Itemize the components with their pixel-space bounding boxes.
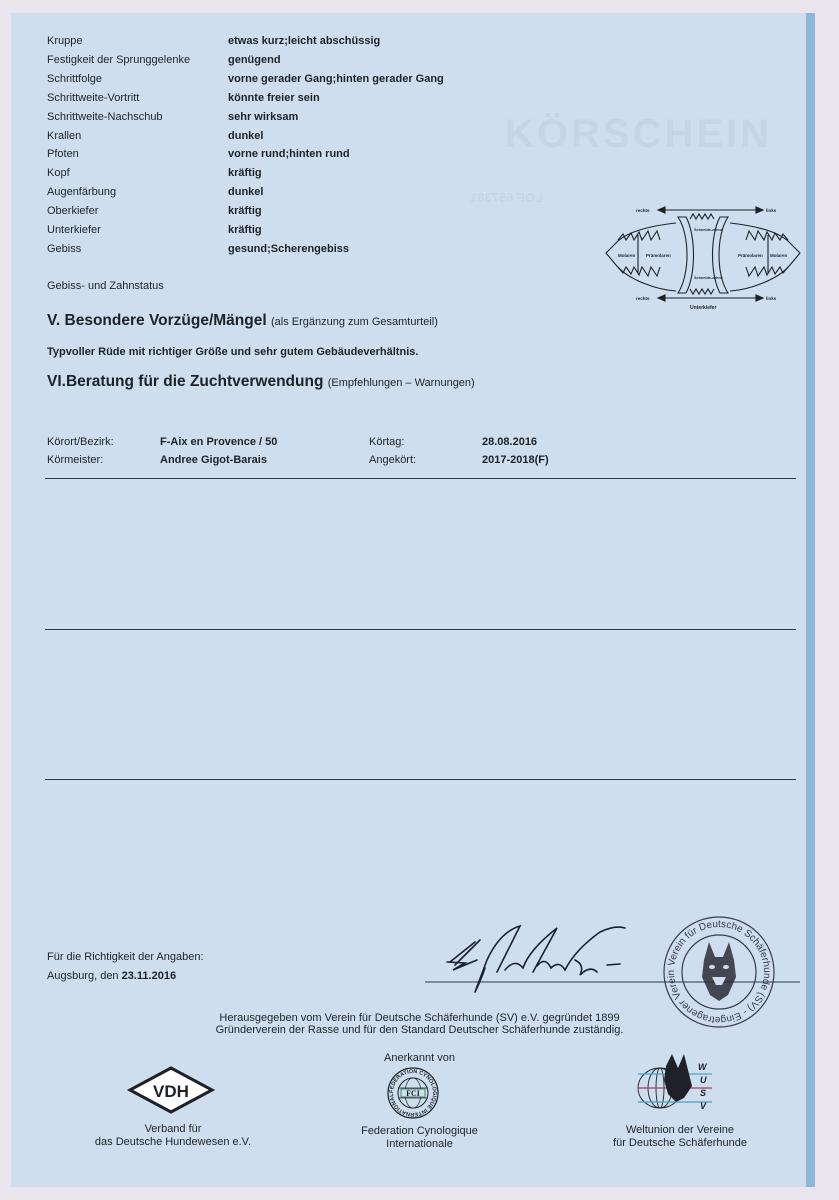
attribute-label: Oberkiefer — [47, 205, 98, 217]
attribute-label: Kopf — [47, 167, 70, 179]
svg-text:links: links — [766, 296, 777, 301]
date-label: Körtag: — [369, 436, 404, 448]
valid-value: 2017-2018(F) — [482, 454, 549, 466]
svg-text:Prämolaren: Prämolaren — [738, 253, 763, 258]
attribute-value: dunkel — [228, 130, 263, 142]
attribute-label: Gebiss — [47, 243, 81, 255]
section-5-heading: V. Besondere Vorzüge/Mängel (als Ergänzu… — [47, 312, 438, 330]
certification-line: Für die Richtigkeit der Angaben: — [47, 951, 204, 963]
location-label: Körort/Bezirk: — [47, 436, 114, 448]
master-label: Körmeister: — [47, 454, 103, 466]
svg-text:rechts: rechts — [636, 296, 650, 301]
attribute-label: Kruppe — [47, 35, 82, 47]
master-value: Andree Gigot-Barais — [160, 454, 267, 466]
location-value: F-Aix en Provence / 50 — [160, 436, 277, 448]
side-stripe — [806, 13, 815, 1187]
fci-logo: FEDERATION CYNOLOGIQUE INTERNATIONALE FC… — [387, 1067, 439, 1119]
dental-status-label: Gebiss- und Zahnstatus — [47, 280, 164, 292]
svg-text:U: U — [700, 1075, 707, 1085]
attribute-label: Pfoten — [47, 148, 79, 160]
attribute-value: vorne rund;hinten rund — [228, 148, 350, 160]
section-5-text: Typvoller Rüde mit richtiger Größe und s… — [47, 346, 418, 358]
date-value: 28.08.2016 — [482, 436, 537, 448]
section-6-heading: VI.Beratung für die Zuchtverwendung (Emp… — [47, 373, 475, 391]
attribute-value: sehr wirksam — [228, 111, 298, 123]
svg-text:Unterkiefer: Unterkiefer — [690, 305, 716, 311]
publisher-line-2: Gründerverein der Rasse und für den Stan… — [0, 1024, 839, 1037]
svg-text:rechts: rechts — [636, 208, 650, 213]
attribute-label: Augenfärbung — [47, 186, 116, 198]
attribute-value: könnte freier sein — [228, 92, 320, 104]
watermark-title: KÖRSCHEIN — [505, 112, 772, 157]
certification-place-date: Augsburg, den 23.11.2016 — [47, 970, 176, 982]
wusv-logo: WUSV — [630, 1052, 720, 1114]
watermark-id: LOF 657381 — [470, 190, 543, 205]
svg-text:W: W — [698, 1062, 708, 1072]
attribute-value: kräftig — [228, 224, 262, 236]
attribute-value: dunkel — [228, 186, 263, 198]
svg-text:V: V — [700, 1101, 707, 1111]
attribute-value: etwas kurz;leicht abschüssig — [228, 35, 380, 47]
divider-1 — [45, 478, 796, 479]
vdh-caption: Verband fürdas Deutsche Hundewesen e.V. — [48, 1123, 298, 1149]
attribute-value: gesund;Scherengebiss — [228, 243, 349, 255]
attribute-label: Unterkiefer — [47, 224, 101, 236]
divider-2 — [45, 629, 796, 630]
attribute-value: vorne gerader Gang;hinten gerader Gang — [228, 73, 444, 85]
svg-text:Schneide-zähne: Schneide-zähne — [694, 276, 723, 280]
attribute-value: kräftig — [228, 167, 262, 179]
attribute-label: Schrittweite-Vortritt — [47, 92, 139, 104]
svg-text:Molaren: Molaren — [618, 253, 636, 258]
fci-caption: Federation CynologiqueInternationale — [300, 1125, 539, 1151]
attribute-label: Festigkeit der Sprunggelenke — [47, 54, 190, 66]
svg-text:S: S — [700, 1088, 706, 1098]
attribute-label: Schrittfolge — [47, 73, 102, 85]
vdh-logo: VDH — [128, 1066, 214, 1114]
svg-text:FCI: FCI — [406, 1089, 420, 1098]
wusv-caption: Weltunion der Vereinefür Deutsche Schäfe… — [560, 1124, 800, 1150]
svg-text:Schneide-zähne: Schneide-zähne — [694, 228, 723, 232]
dental-chart-diagram: rechts links rechts links Molaren Prämol… — [598, 195, 808, 310]
divider-3 — [45, 779, 796, 780]
attribute-label: Krallen — [47, 130, 81, 142]
svg-text:Prämolaren: Prämolaren — [646, 253, 671, 258]
attribute-value: kräftig — [228, 205, 262, 217]
attribute-value: genügend — [228, 54, 281, 66]
svg-text:Molaren: Molaren — [770, 253, 788, 258]
valid-label: Angekört: — [369, 454, 416, 466]
attribute-label: Schrittweite-Nachschub — [47, 111, 163, 123]
svg-text:links: links — [766, 208, 777, 213]
svg-text:VDH: VDH — [153, 1082, 189, 1101]
